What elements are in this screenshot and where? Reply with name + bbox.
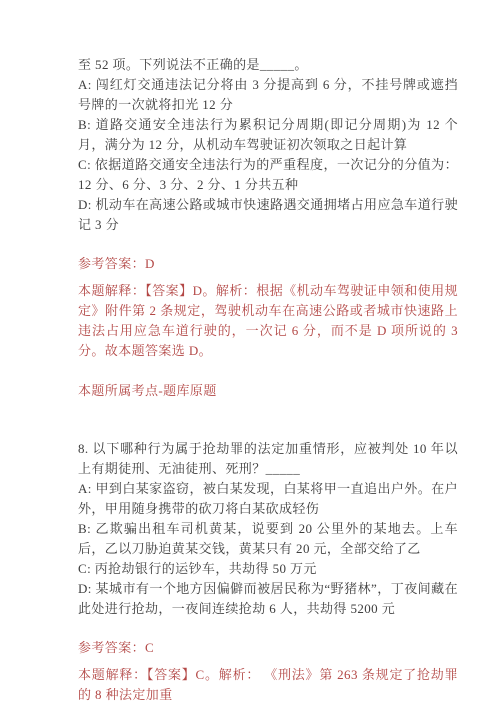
question-7-stem: 至 52 项。下列说法不正确的是_____。	[78, 55, 458, 75]
question-8-block: 8. 以下哪种行为属于抢劫罪的法定加重情形，应被判处 10 年以上有期徒刑、无油…	[78, 439, 458, 705]
question-7-option-c: C: 依据道路交通安全违法行为的严重程度，一次记分的分值为：12 分、6 分、3…	[78, 155, 458, 195]
question-8-reference-answer: 参考答案：C	[78, 638, 458, 658]
question-7-option-d: D: 机动车在高速公路或城市快速路遇交通拥堵占用应急车道行驶记 3 分	[78, 195, 458, 235]
exam-content: 至 52 项。下列说法不正确的是_____。 A: 闯红灯交通违法记分将由 3 …	[78, 55, 458, 705]
question-7-explanation: 本题解释：【答案】D。解析：根据《机动车驾驶证申领和使用规定》附件第 2 条规定…	[78, 281, 458, 361]
question-8-explanation: 本题解释：【答案】C。解析： 《刑法》第 263 条规定了抢劫罪的 8 种法定加…	[78, 665, 458, 705]
question-7-reference-answer: 参考答案：D	[78, 254, 458, 274]
question-7-option-b: B: 道路交通安全违法行为累积记分周期(即记分周期)为 12 个月，满分为 12…	[78, 115, 458, 155]
question-7-topic: 本题所属考点-题库原题	[78, 381, 458, 401]
question-8-stem: 8. 以下哪种行为属于抢劫罪的法定加重情形，应被判处 10 年以上有期徒刑、无油…	[78, 439, 458, 479]
question-7-block: 至 52 项。下列说法不正确的是_____。 A: 闯红灯交通违法记分将由 3 …	[78, 55, 458, 401]
document-page: 至 52 项。下列说法不正确的是_____。 A: 闯红灯交通违法记分将由 3 …	[0, 0, 500, 707]
question-8-option-d: D: 某城市有一个地方因偏僻而被居民称为“野猪林”，丁夜间藏在此处进行抢劫，一夜…	[78, 579, 458, 619]
question-8-option-c: C: 丙抢劫银行的运钞车，共劫得 50 万元	[78, 559, 458, 579]
question-7-option-a: A: 闯红灯交通违法记分将由 3 分提高到 6 分，不挂号牌或遮挡号牌的一次就将…	[78, 75, 458, 115]
question-8-option-b: B: 乙欺骗出租车司机黄某，说要到 20 公里外的某地去。上车后，乙以刀胁迫黄某…	[78, 519, 458, 559]
question-8-option-a: A: 甲到白某家盗窃，被白某发现，白某将甲一直追出户外。在户外，甲用随身携带的砍…	[78, 479, 458, 519]
